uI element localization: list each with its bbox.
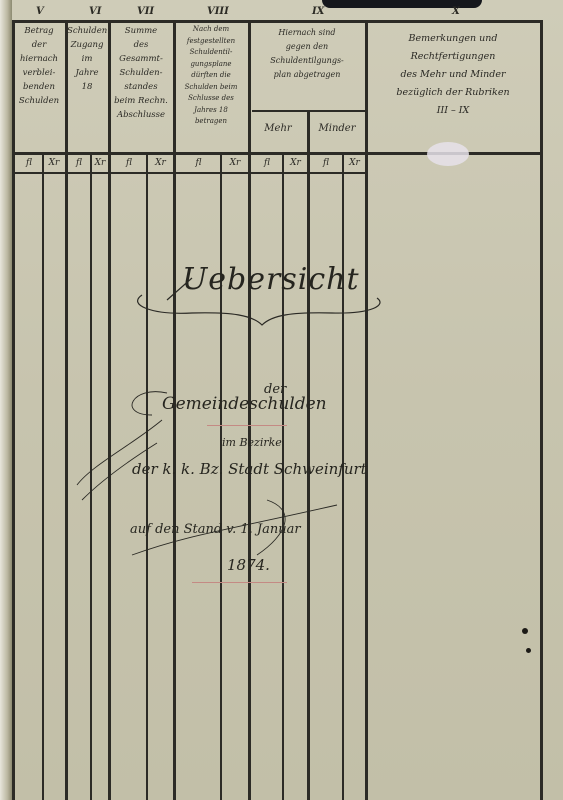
unit-xr: Xr [344,158,365,168]
header-col-x: Bemerkungen und Rechtfertigungen des Meh… [368,30,538,120]
unit-fl: fl [112,158,146,168]
column-number-v: V [36,6,44,17]
title-flourish [132,270,392,330]
swash-flourish [72,385,192,505]
header-ix-mehr: Mehr [250,122,306,136]
rule-v-fl [42,152,44,800]
ink-spot [526,648,531,653]
column-number-ix: IX [312,6,324,17]
text-im-bezirke: im Bezirke [222,436,282,449]
rule-v-vi [65,20,68,800]
text-year: 1874. [227,556,270,574]
column-number-viii: VIII [207,6,229,17]
red-underline-year [192,582,287,583]
unit-xr: Xr [92,158,108,168]
rule-mehr-minder [307,110,310,800]
unit-fl: fl [68,158,90,168]
header-col-vi: Schulden- Zugang im Jahre 18 [67,24,107,94]
red-underline [207,425,287,426]
unit-xr: Xr [284,158,307,168]
header-ix-minder: Minder [309,122,365,136]
unit-fl: fl [18,158,40,168]
header-col-v: Betrag der hiernach verblei- benden Schu… [14,24,64,108]
table-top-rule [12,20,542,23]
unit-fl: fl [310,158,342,168]
column-number-vii: VII [137,6,154,17]
header-col-ix: Hiernach sind gegen den Schuldentilgungs… [250,26,364,82]
rule-v-x [365,20,368,800]
book-binding [0,0,12,800]
paper-stain [427,142,469,166]
text-district: der k. k. Bz. Stadt Schweinfurt [132,460,367,478]
ix-sub-rule [252,110,367,112]
ledger-page: V VI VII VIII IX X Betrag der hiernach v… [12,0,563,800]
unit-xr: Xr [44,158,64,168]
header-col-viii: Nach dem festgestellten Schuldentil- gun… [175,24,247,128]
unit-fl: fl [252,158,282,168]
unit-xr: Xr [222,158,248,168]
unit-xr: Xr [148,158,173,168]
ink-spot [522,628,528,634]
header-col-vii: Summe des Gesammt- Schulden- standes bei… [110,24,172,122]
column-number-x: X [452,6,460,17]
rule-left [12,20,15,800]
unit-fl: fl [177,158,220,168]
rule-right [540,20,543,800]
column-number-vi: VI [89,6,101,17]
date-flourish [127,495,357,565]
